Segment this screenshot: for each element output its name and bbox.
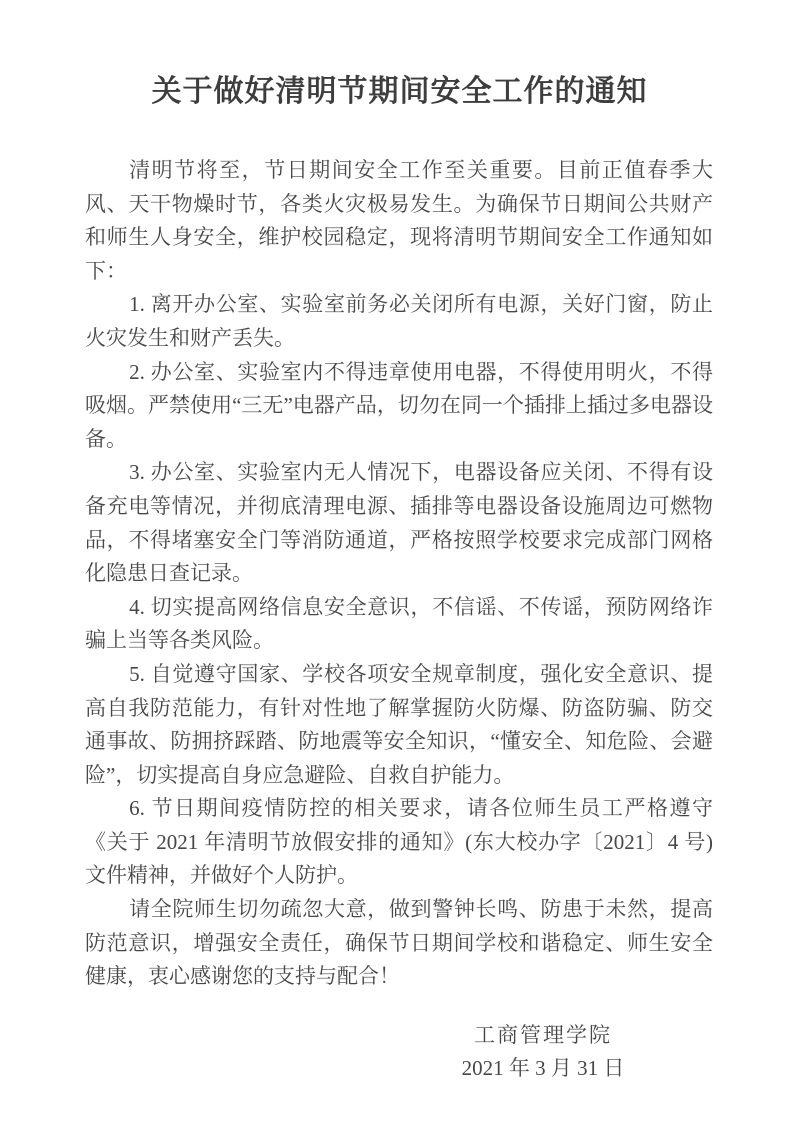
paragraph-item-3: 3. 办公室、实验室内无人情况下，电器设备应关闭、不得有设备充电等情况，并彻底清… (85, 456, 713, 590)
paragraph-item-6: 6. 节日期间疫情防控的相关要求，请各位师生员工严格遵守《关于 2021 年清明… (85, 792, 713, 893)
signature-date: 2021 年 3 月 31 日 (383, 1052, 703, 1086)
paragraph-item-2: 2. 办公室、实验室内不得违章使用电器，不得使用明火，不得吸烟。严禁使用“三无”… (85, 356, 713, 457)
document-page: 关于做好清明节期间安全工作的通知 清明节将至，节日期间安全工作至关重要。目前正值… (0, 0, 799, 1131)
paragraph-intro: 清明节将至，节日期间安全工作至关重要。目前正值春季大风、天干物燥时节，各类火灾极… (85, 154, 713, 288)
signature-org: 工商管理学院 (383, 1019, 703, 1053)
paragraph-item-1: 1. 离开办公室、实验室前务必关闭所有电源，关好门窗，防止火灾发生和财产丢失。 (85, 288, 713, 355)
paragraph-closing: 请全院师生切勿疏忽大意，做到警钟长鸣、防患于未然，提高防范意识，增强安全责任，确… (85, 893, 713, 994)
document-body: 清明节将至，节日期间安全工作至关重要。目前正值春季大风、天干物燥时节，各类火灾极… (85, 154, 713, 994)
page-title: 关于做好清明节期间安全工作的通知 (0, 0, 799, 114)
paragraph-item-4: 4. 切实提高网络信息安全意识，不信谣、不传谣，预防网络诈骗上当等各类风险。 (85, 591, 713, 658)
signature-block: 工商管理学院 2021 年 3 月 31 日 (383, 1019, 703, 1086)
paragraph-item-5: 5. 自觉遵守国家、学校各项安全规章制度，强化安全意识、提高自我防范能力，有针对… (85, 658, 713, 792)
